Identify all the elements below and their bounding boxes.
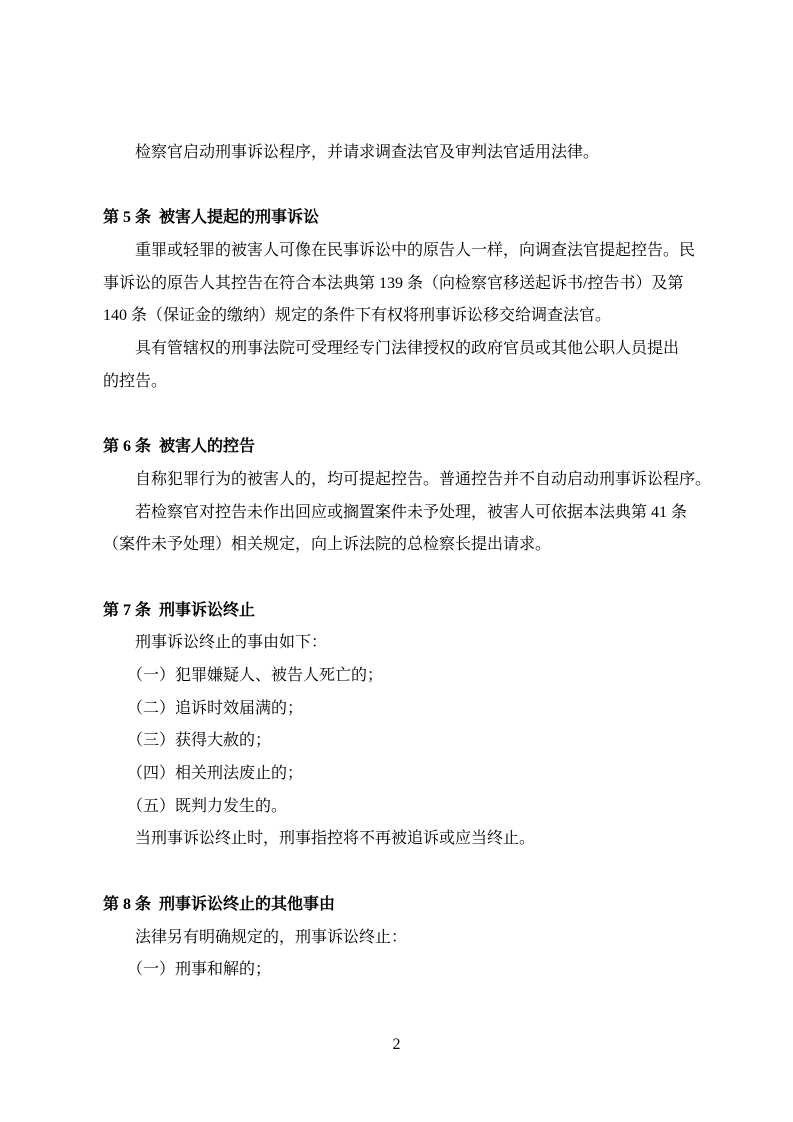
document-line: 的控告。 [103,366,690,399]
page-number: 2 [393,1036,401,1053]
document-body: 检察官启动刑事诉讼程序，并请求调查法官及审判法官适用法律。第 5 条 被害人提起… [103,137,690,987]
article-heading: 第 7 条 刑事诉讼终止 [103,595,690,628]
page-footer: 2 [0,1034,793,1056]
document-page: 检察官启动刑事诉讼程序，并请求调查法官及审判法官适用法律。第 5 条 被害人提起… [0,0,793,1122]
document-line: 事诉讼的原告人其控告在符合本法典第 139 条（向检察官移送起诉书/控告书）及第 [103,268,690,301]
document-line: 若检察官对控告未作出回应或搁置案件未予处理，被害人可依据本法典第 41 条 [103,497,690,530]
article-heading: 第 8 条 刑事诉讼终止的其他事由 [103,889,690,922]
document-line [103,562,690,595]
document-line [103,170,690,203]
document-line: 刑事诉讼终止的事由如下： [103,627,690,660]
document-line: 具有管辖权的刑事法院可受理经专门法律授权的政府官员或其他公职人员提出 [103,333,690,366]
document-line: （二）追诉时效届满的； [103,693,690,726]
document-line: （一）犯罪嫌疑人、被告人死亡的； [103,660,690,693]
document-line: （五）既判力发生的。 [103,791,690,824]
document-line: 法律另有明确规定的，刑事诉讼终止： [103,922,690,955]
document-line [103,399,690,432]
document-line: 自称犯罪行为的被害人的，均可提起控告。普通控告并不自动启动刑事诉讼程序。 [103,464,690,497]
document-line: （一）刑事和解的； [103,954,690,987]
article-heading: 第 5 条 被害人提起的刑事诉讼 [103,202,690,235]
document-line: （四）相关刑法废止的； [103,758,690,791]
document-line: （三）获得大赦的； [103,725,690,758]
document-line: （案件未予处理）相关规定，向上诉法院的总检察长提出请求。 [103,529,690,562]
document-line: 140 条（保证金的缴纳）规定的条件下有权将刑事诉讼移交给调查法官。 [103,300,690,333]
document-line: 重罪或轻罪的被害人可像在民事诉讼中的原告人一样，向调查法官提起控告。民 [103,235,690,268]
document-line: 当刑事诉讼终止时，刑事指控将不再被追诉或应当终止。 [103,823,690,856]
document-line [103,856,690,889]
article-heading: 第 6 条 被害人的控告 [103,431,690,464]
document-line: 检察官启动刑事诉讼程序，并请求调查法官及审判法官适用法律。 [103,137,690,170]
